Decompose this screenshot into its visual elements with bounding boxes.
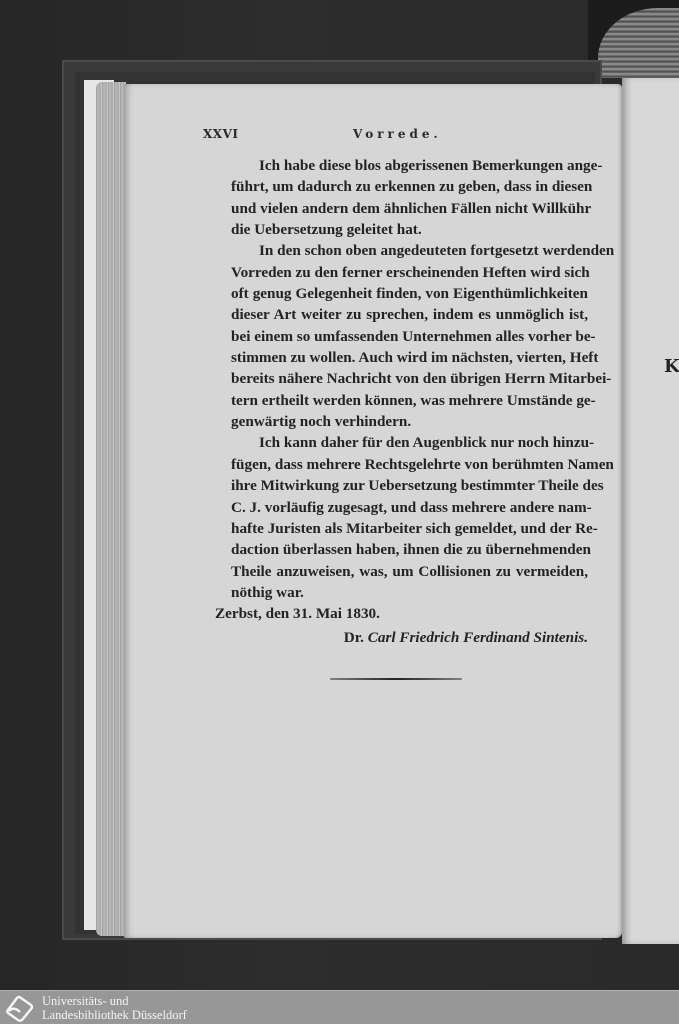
text-line: genwärtig noch verhindern. <box>203 411 588 432</box>
running-title: Vorrede. <box>353 127 442 141</box>
page-header: XXVI Vorrede. <box>203 127 588 147</box>
text-line: tern ertheilt werden können, was mehrere… <box>203 390 588 411</box>
page-edges <box>96 82 126 936</box>
text-line: dieser Art weiter zu sprechen, indem es … <box>203 304 588 325</box>
signature: Dr. Carl Friedrich Ferdinand Sintenis. <box>203 627 588 648</box>
paragraph-3: Ich kann daher für den Augenblick nur no… <box>203 432 588 603</box>
text-line: die Uebersetzung geleitet hat. <box>203 219 588 240</box>
text-line: Ich habe diese blos abgerissenen Bemerku… <box>203 155 588 176</box>
page-number: XXVI <box>203 127 239 141</box>
book-logo-icon <box>4 994 34 1022</box>
text-line: führt, um dadurch zu erkennen zu geben, … <box>203 176 588 197</box>
text-line: fügen, dass mehrere Rechtsgelehrte von b… <box>203 454 588 475</box>
facing-page-letter: K <box>664 356 679 377</box>
facing-page <box>622 78 679 944</box>
signature-name: Carl Friedrich Ferdinand Sintenis. <box>368 629 588 646</box>
text-line: In den schon oben angedeuteten fortgeset… <box>203 240 588 261</box>
signature-prefix: Dr. <box>344 629 364 646</box>
paragraph-1: Ich habe diese blos abgerissenen Bemerku… <box>203 155 588 240</box>
text-line: Ich kann daher für den Augenblick nur no… <box>203 432 588 453</box>
text-line: Vorreden zu den ferner erscheinenden Hef… <box>203 262 588 283</box>
footer-line-1: Universitäts- und <box>42 994 187 1008</box>
body-text: Ich habe diese blos abgerissenen Bemerku… <box>203 155 588 648</box>
dateline: Zerbst, den 31. Mai 1830. <box>203 603 588 624</box>
text-line: Theile anzuweisen, was, um Collisionen z… <box>203 561 588 582</box>
text-line: ihre Mitwirkung zur Uebersetzung bestimm… <box>203 475 588 496</box>
text-line: daction überlassen haben, ihnen die zu ü… <box>203 539 588 560</box>
closing-rule <box>330 678 462 680</box>
footer-line-2: Landesbibliothek Düsseldorf <box>42 1008 187 1022</box>
text-line: oft genug Gelegenheit finden, von Eigent… <box>203 283 588 304</box>
text-line: hafte Juristen als Mitarbeiter sich geme… <box>203 518 588 539</box>
text-line: nöthig war. <box>203 582 588 603</box>
footer-bar: Universitäts- und Landesbibliothek Düsse… <box>0 990 679 1024</box>
text-line: und vielen andern dem ähnlichen Fällen n… <box>203 198 588 219</box>
text-line: stimmen zu wollen. Auch wird im nächsten… <box>203 347 588 368</box>
text-line: bereits nähere Nachricht von den übrigen… <box>203 368 588 389</box>
paragraph-2: In den schon oben angedeuteten fortgeset… <box>203 240 588 432</box>
text-line: C. J. vorläufig zugesagt, und dass mehre… <box>203 497 588 518</box>
footer-institution: Universitäts- und Landesbibliothek Düsse… <box>42 994 187 1022</box>
text-line: bei einem so umfassenden Unternehmen all… <box>203 326 588 347</box>
